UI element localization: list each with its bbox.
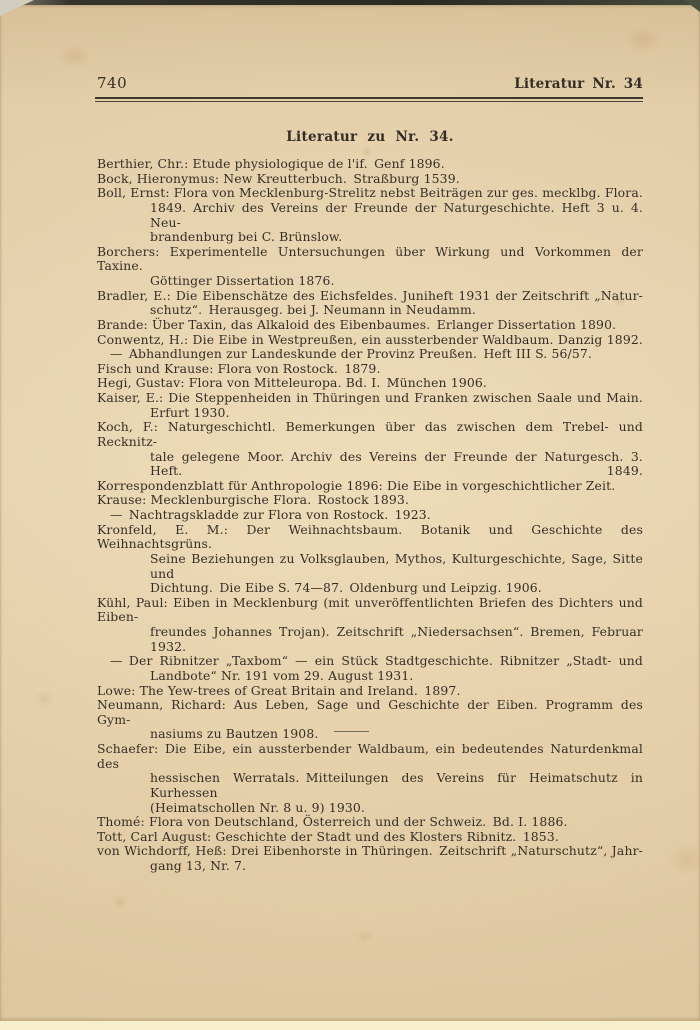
bib-line: Lowe: The Yew-trees of Great Britain and… <box>97 684 643 699</box>
bib-line: Bradler, E.: Die Eibenschätze des Eichsf… <box>97 289 643 304</box>
bibliography: Berthier, Chr.: Etude physiologique de l… <box>97 157 643 874</box>
bib-entry: — Der Ribnitzer „Taxbom“ — ein Stück Sta… <box>97 654 643 683</box>
end-divider-rule <box>334 731 369 732</box>
bib-line: Berthier, Chr.: Etude physiologique de l… <box>97 157 643 172</box>
bib-line: 1849. Archiv des Vereins der Freunde der… <box>97 201 643 230</box>
bib-line: Landbote“ Nr. 191 vom 29. August 1931. <box>97 669 643 684</box>
bib-line: hessischen Werratals. Mitteilungen des V… <box>97 771 643 800</box>
bib-entry: Bradler, E.: Die Eibenschätze des Eichsf… <box>97 289 643 318</box>
bib-entry: Brande: Über Taxin, das Alkaloid des Eib… <box>97 318 643 333</box>
bib-entry: — Abhandlungen zur Landeskunde der Provi… <box>97 347 643 362</box>
bib-line: Brande: Über Taxin, das Alkaloid des Eib… <box>97 318 643 333</box>
bib-line: Dichtung. Die Eibe S. 74—87. Oldenburg u… <box>97 581 643 596</box>
bib-line: Thomé: Flora von Deutschland, Österreich… <box>97 815 643 830</box>
bib-line: Korrespondenzblatt für Anthropologie 189… <box>97 479 643 494</box>
bib-line: Neumann, Richard: Aus Leben, Sage und Ge… <box>97 698 643 727</box>
scan-edge-top <box>0 0 700 5</box>
bib-line: Göttinger Dissertation 1876. <box>97 274 643 289</box>
header-rule-thin <box>95 101 643 102</box>
bib-line: Koch, F.: Naturgeschichtl. Bemerkungen ü… <box>97 420 643 449</box>
bib-line: (Heimatschollen Nr. 8 u. 9) 1930. <box>97 801 643 816</box>
bib-line: Kaiser, E.: Die Steppenheiden in Thüring… <box>97 391 643 406</box>
section-title: Literatur zu Nr. 34. <box>97 129 643 145</box>
bib-line: schutz“. Herausgeg. bei J. Neumann in Ne… <box>97 303 643 318</box>
bib-entry: Bock, Hieronymus: New Kreutterbuch. Stra… <box>97 172 643 187</box>
bib-entry: von Wichdorff, Heß: Drei Eibenhorste in … <box>97 844 643 873</box>
bib-line: Tott, Carl August: Geschichte der Stadt … <box>97 830 643 845</box>
bib-line: Kühl, Paul: Eiben in Mecklenburg (mit un… <box>97 596 643 625</box>
bib-entry: Schaefer: Die Eibe, ein aussterbender Wa… <box>97 742 643 815</box>
bib-line: Boll, Ernst: Flora von Mecklenburg-Strel… <box>97 186 643 201</box>
bib-line: Conwentz, H.: Die Eibe in Westpreußen, e… <box>97 333 643 348</box>
header-rule <box>95 97 643 102</box>
bib-entry: Borchers: Experimentelle Untersuchungen … <box>97 245 643 289</box>
page-number: 740 <box>97 74 127 92</box>
bib-entry: Conwentz, H.: Die Eibe in Westpreußen, e… <box>97 333 643 348</box>
bib-entry: Kühl, Paul: Eiben in Mecklenburg (mit un… <box>97 596 643 655</box>
page-header: 740 Literatur Nr. 34 <box>97 74 643 92</box>
bib-line: freundes Johannes Trojan). Zeitschrift „… <box>97 625 643 654</box>
bib-line: brandenburg bei C. Brünslow. <box>97 230 643 245</box>
bib-entry: Korrespondenzblatt für Anthropologie 189… <box>97 479 643 494</box>
bib-entry: Berthier, Chr.: Etude physiologique de l… <box>97 157 643 172</box>
bib-entry: Krause: Mecklenburgische Flora. Rostock … <box>97 493 643 508</box>
bib-line: tale gelegene Moor. Archiv des Vereins d… <box>97 450 643 479</box>
bib-line: — Abhandlungen zur Landeskunde der Provi… <box>97 347 643 362</box>
bib-entry: Kaiser, E.: Die Steppenheiden in Thüring… <box>97 391 643 420</box>
bib-entry: Fisch und Krause: Flora von Rostock. 187… <box>97 362 643 377</box>
bib-line: Bock, Hieronymus: New Kreutterbuch. Stra… <box>97 172 643 187</box>
bib-line: Hegi, Gustav: Flora von Mitteleuropa. Bd… <box>97 376 643 391</box>
bib-entry: Lowe: The Yew-trees of Great Britain and… <box>97 684 643 699</box>
bib-line: Kronfeld, E. M.: Der Weihnachtsbaum. Bot… <box>97 523 643 552</box>
bib-entry: Thomé: Flora von Deutschland, Österreich… <box>97 815 643 830</box>
header-rule-thick <box>95 97 643 99</box>
scanned-book-page: { "header": { "page_number": "740", "run… <box>0 0 700 1030</box>
bib-entry: Hegi, Gustav: Flora von Mitteleuropa. Bd… <box>97 376 643 391</box>
bib-line: Seine Beziehungen zu Volksglauben, Mytho… <box>97 552 643 581</box>
bib-line: Schaefer: Die Eibe, ein aussterbender Wa… <box>97 742 643 771</box>
bib-entry: Koch, F.: Naturgeschichtl. Bemerkungen ü… <box>97 420 643 479</box>
bib-line: Fisch und Krause: Flora von Rostock. 187… <box>97 362 643 377</box>
bib-line: von Wichdorff, Heß: Drei Eibenhorste in … <box>97 844 643 859</box>
bib-line: — Der Ribnitzer „Taxbom“ — ein Stück Sta… <box>97 654 643 669</box>
bib-line: gang 13, Nr. 7. <box>97 859 643 874</box>
bib-entry: Boll, Ernst: Flora von Mecklenburg-Strel… <box>97 186 643 245</box>
bib-entry: — Nachtragskladde zur Flora von Rostock.… <box>97 508 643 523</box>
bib-line: nasiums zu Bautzen 1908. <box>97 727 643 742</box>
bib-line: — Nachtragskladde zur Flora von Rostock.… <box>97 508 643 523</box>
bib-line: Erfurt 1930. <box>97 406 643 421</box>
bib-line: Borchers: Experimentelle Untersuchungen … <box>97 245 643 274</box>
bib-line: Krause: Mecklenburgische Flora. Rostock … <box>97 493 643 508</box>
bib-entry: Tott, Carl August: Geschichte der Stadt … <box>97 830 643 845</box>
bib-entry: Neumann, Richard: Aus Leben, Sage und Ge… <box>97 698 643 742</box>
bib-entry: Kronfeld, E. M.: Der Weihnachtsbaum. Bot… <box>97 523 643 596</box>
book-page: 740 Literatur Nr. 34 Literatur zu Nr. 34… <box>0 4 700 1021</box>
running-title: Literatur Nr. 34 <box>514 76 643 92</box>
